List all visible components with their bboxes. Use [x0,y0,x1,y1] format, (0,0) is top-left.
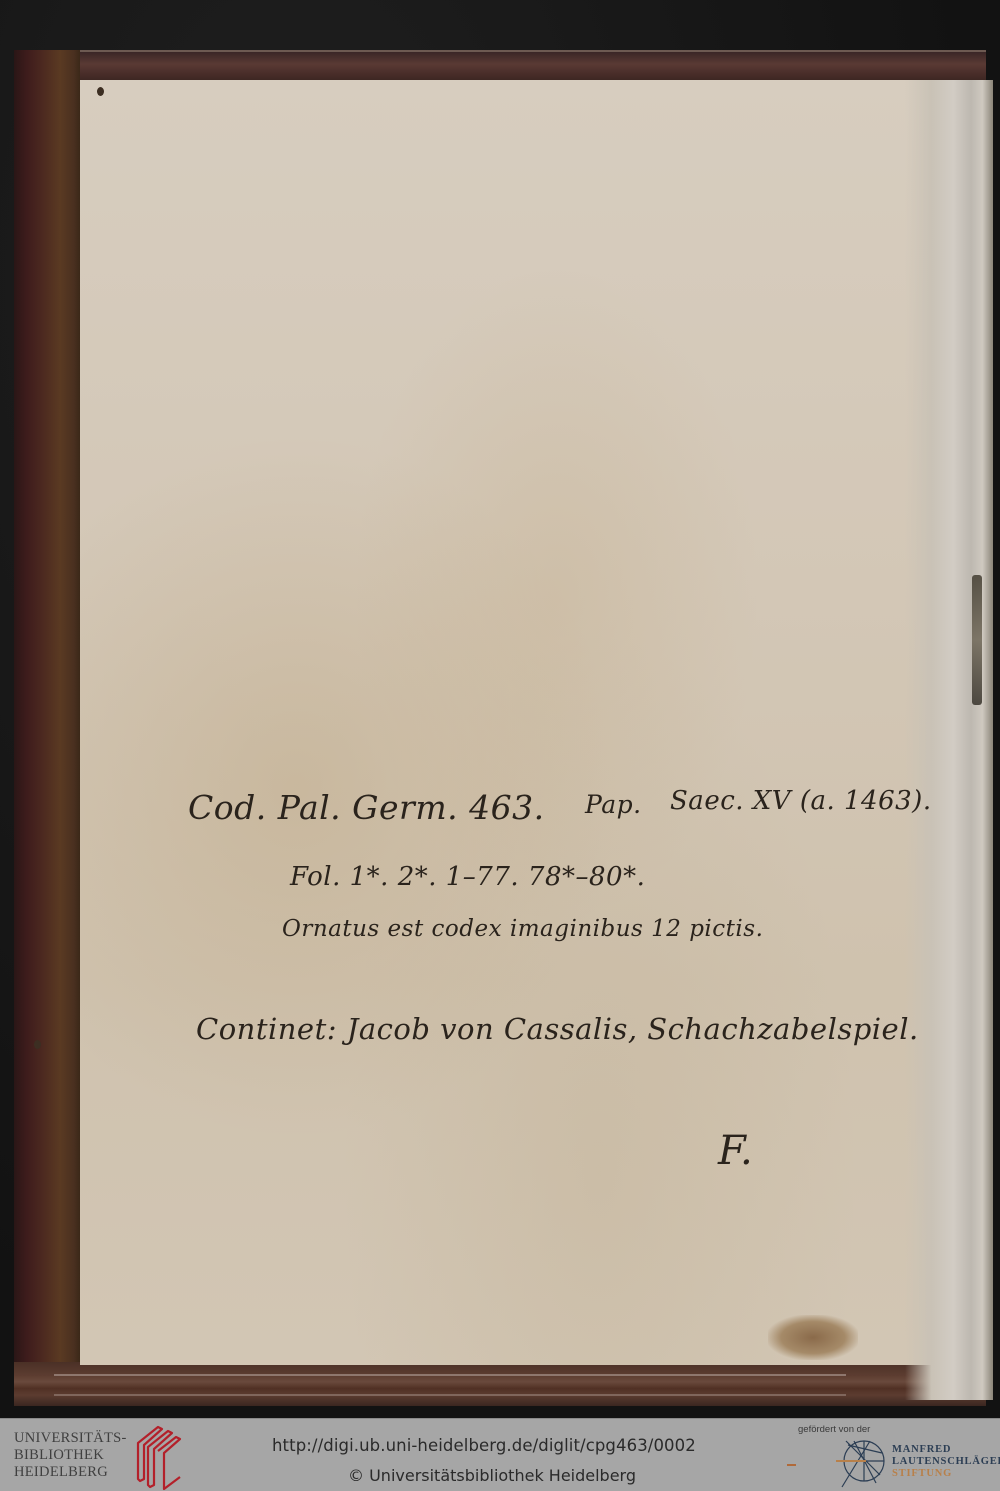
sponsor-name-line: LAUTENSCHLÄGER [892,1456,1000,1468]
library-logo-line: UNIVERSITÄTS- [14,1430,134,1447]
bottom-edge-highlight [54,1374,846,1376]
ms-initial: F. [718,1128,753,1174]
library-logo-line: HEIDELBERG [14,1464,134,1481]
ms-shelfmark: Cod. Pal. Germ. 463. [188,788,545,827]
ms-material: Pap. [585,790,642,819]
pastedown-page [80,80,946,1365]
library-logo[interactable]: UNIVERSITÄTS- BIBLIOTHEK HEIDELBERG [14,1430,134,1481]
nail-hole [97,87,104,96]
sponsor-label: gefördert von der [798,1424,870,1435]
ms-ornament-note: Ornatus est codex imaginibus 12 pictis. [282,916,763,942]
manuscript-scan: Cod. Pal. Germ. 463. Pap. Saec. XV (a. 1… [0,0,1000,1418]
cover-bottom-edge [14,1362,986,1406]
sponsor-name-line: MANFRED [892,1444,1000,1456]
ms-foliation: Fol. 1*. 2*. 1–77. 78*–80*. [290,862,645,892]
sponsor-dash [787,1464,796,1466]
cover-top-edge [14,50,986,82]
gutter-tear [972,575,982,705]
sponsor-logo[interactable]: MANFRED LAUTENSCHLÄGER STIFTUNG [892,1444,1000,1480]
nail-hole [34,1040,41,1049]
sponsor-name-line: STIFTUNG [892,1468,1000,1480]
sponsor-emblem-icon [836,1435,888,1491]
paper-stain [768,1315,858,1360]
copyright-notice: © Universitätsbibliothek Heidelberg [348,1466,636,1485]
bottom-edge-highlight [54,1394,846,1396]
footer-bar: UNIVERSITÄTS- BIBLIOTHEK HEIDELBERG http… [0,1418,1000,1491]
ms-century: Saec. XV (a. 1463). [670,786,932,816]
ms-contents: Continet: Jacob von Cassalis, Schachzabe… [196,1012,919,1046]
library-emblem-icon [132,1419,188,1491]
permalink-url[interactable]: http://digi.ub.uni-heidelberg.de/diglit/… [272,1436,696,1455]
book-gutter [905,80,993,1400]
library-logo-line: BIBLIOTHEK [14,1447,134,1464]
cover-left-edge [14,50,80,1395]
